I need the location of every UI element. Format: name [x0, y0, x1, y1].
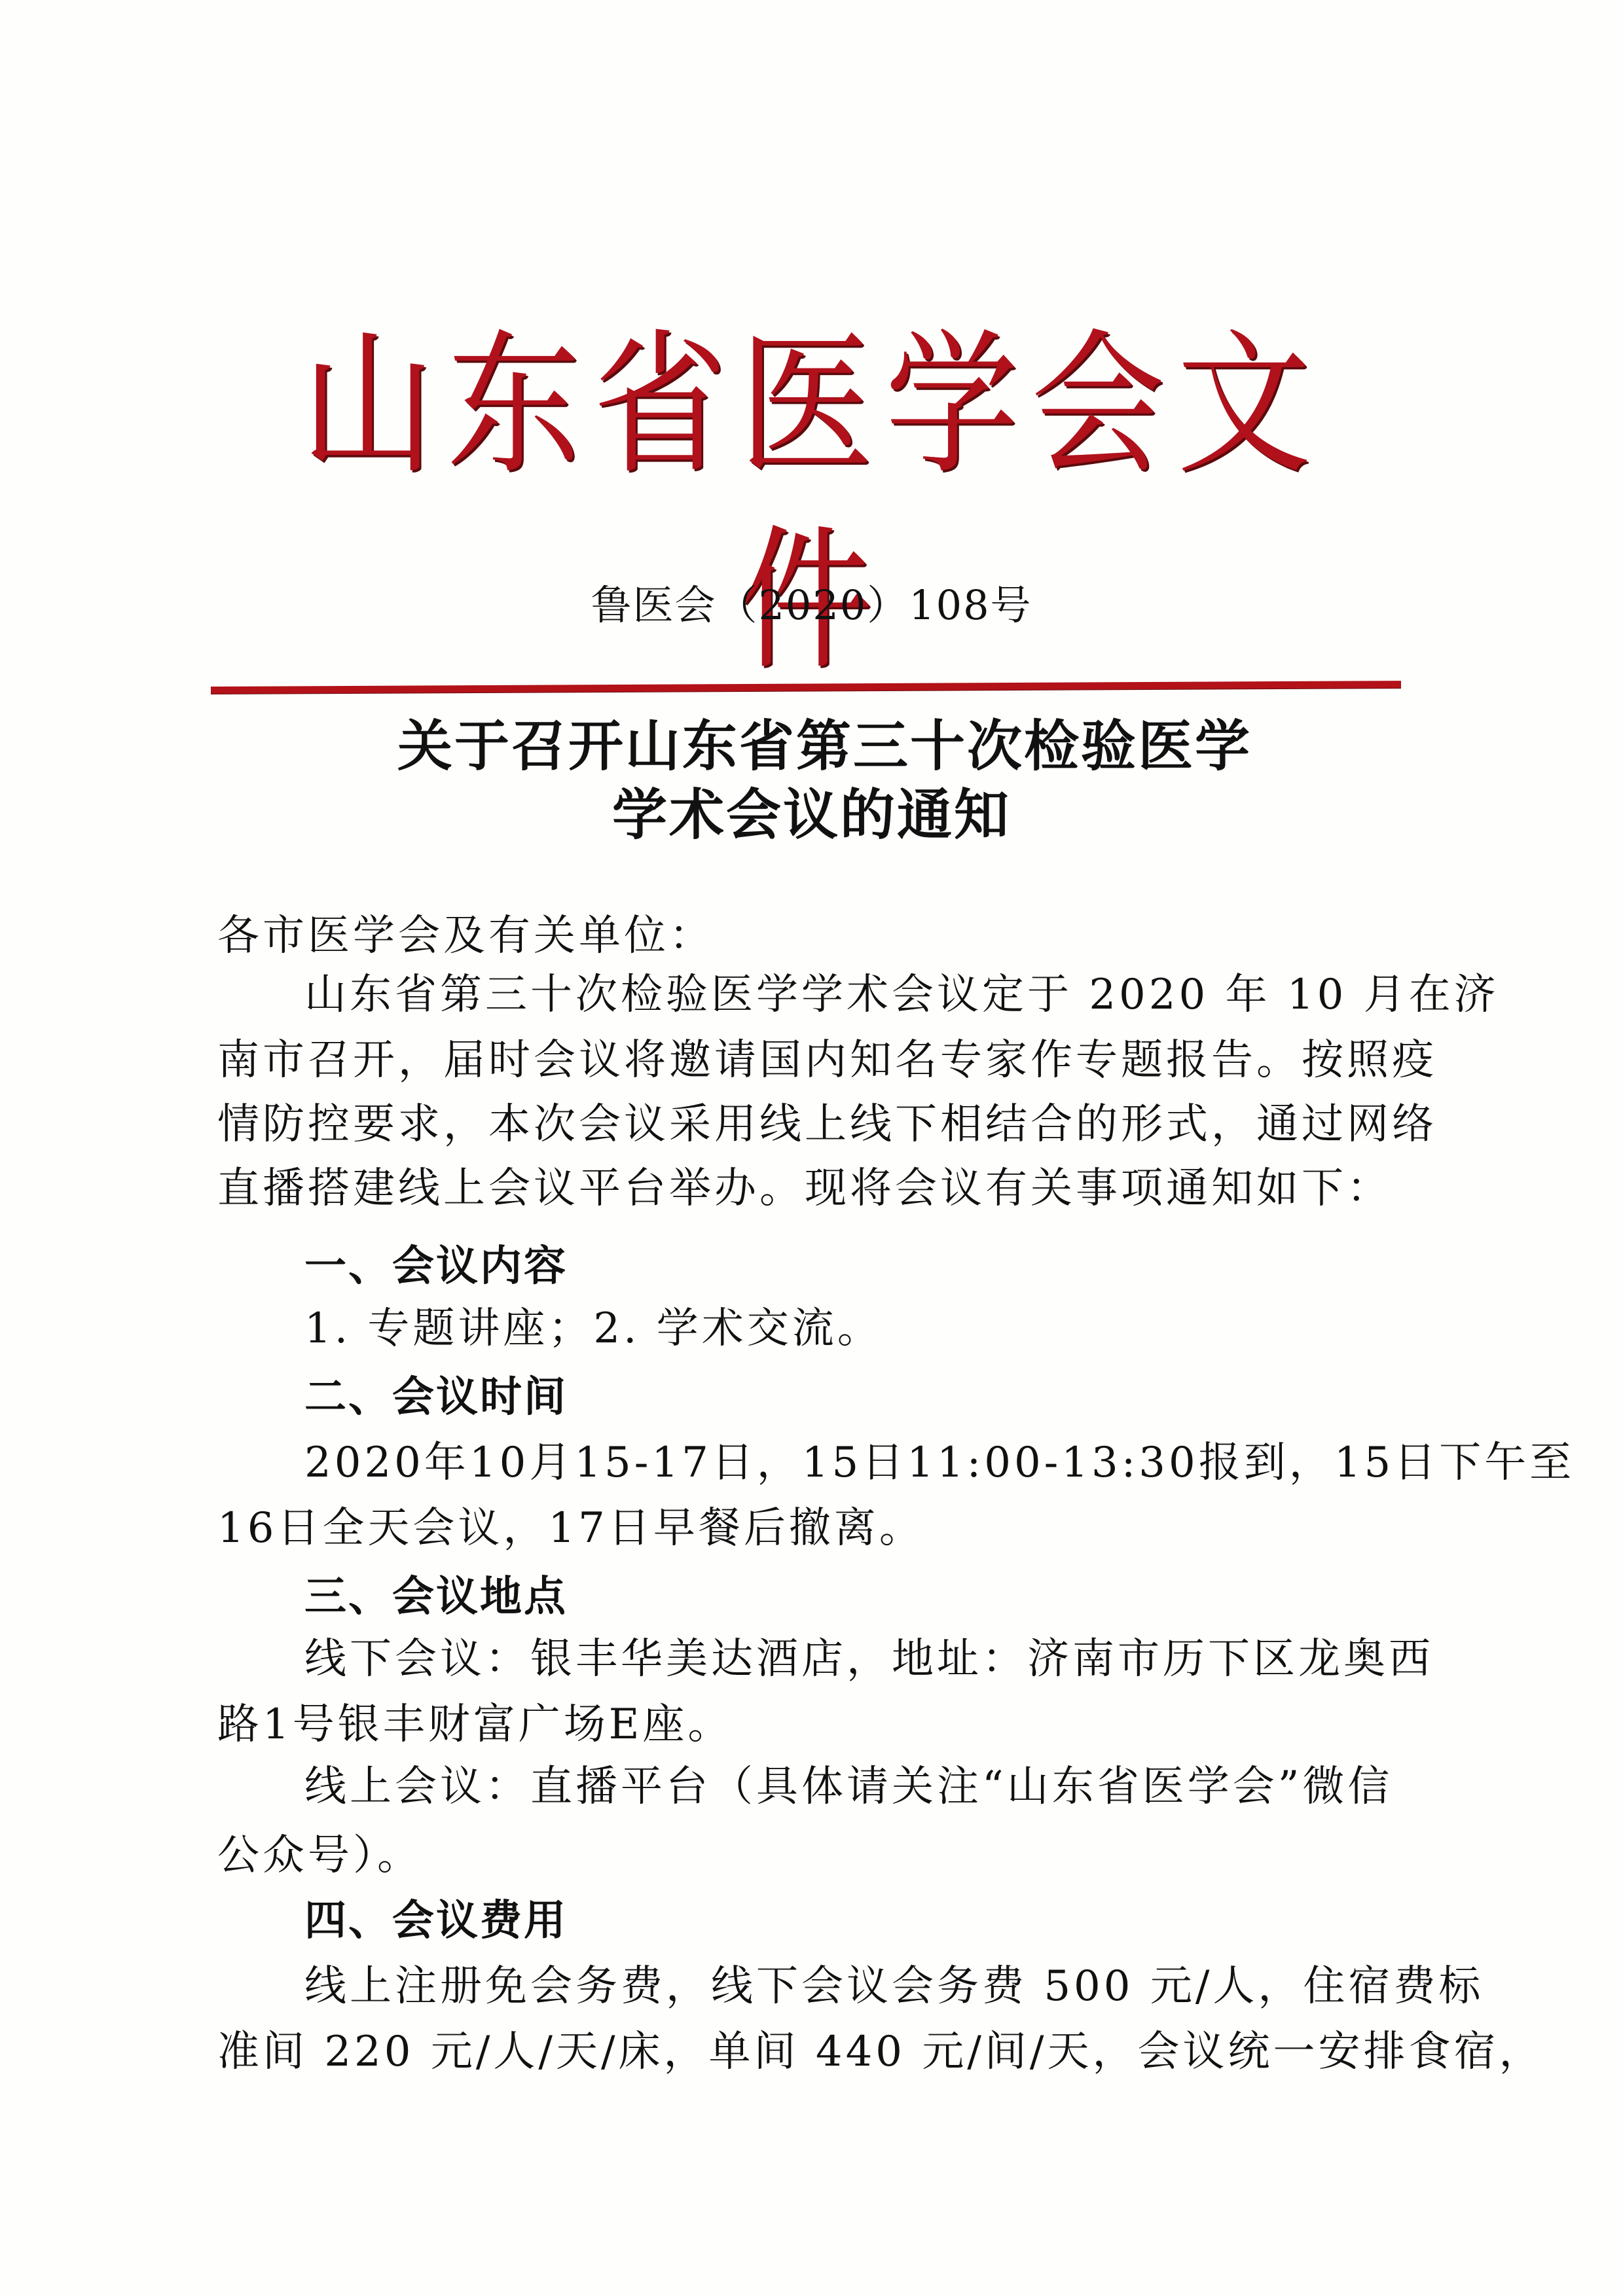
intro-line: 直播搭建线上会议平台举办。现将会议有关事项通知如下： — [217, 1162, 1392, 1215]
section-line: 路1号银丰财富广场E座。 — [217, 1698, 733, 1751]
document-number: 鲁医会（2020）108号 — [0, 579, 1623, 632]
section-line: 1. 专题讲座；2. 学术交流。 — [304, 1302, 883, 1355]
intro-line: 情防控要求，本次会议采用线上线下相结合的形式，通过网络 — [217, 1098, 1437, 1151]
notice-title-line-2: 学术会议的通知 — [0, 782, 1623, 848]
section-line: 线上注册免会务费，线下会议会务费 500 元/人，住宿费标 — [304, 1960, 1484, 2013]
salutation: 各市医学会及有关单位： — [217, 910, 714, 962]
notice-title-line-1: 关于召开山东省第三十次检验医学 — [13, 713, 1623, 779]
section-line: 16日全天会议，17日早餐后撤离。 — [217, 1502, 924, 1554]
section-line: 线下会议：银丰华美达酒店，地址：济南市历下区龙奥西 — [304, 1633, 1434, 1685]
section-line: 公众号）。 — [217, 1829, 422, 1882]
intro-line: 山东省第三十次检验医学学术会议定于 2020 年 10 月在济 — [304, 969, 1499, 1021]
section-line: 2020年10月15-17日，15日11:00-13:30报到，15日下午至 — [304, 1437, 1575, 1489]
section-line: 线上会议：直播平台（具体请关注“山东省医学会”微信 — [304, 1761, 1393, 1813]
section-heading-fees: 四、会议费用 — [304, 1895, 568, 1947]
section-heading-location: 三、会议地点 — [304, 1571, 568, 1623]
section-heading-time: 二、会议时间 — [304, 1371, 568, 1424]
intro-line: 南市召开，届时会议将邀请国内知名专家作专题报告。按照疫 — [217, 1034, 1437, 1086]
document-page: 山东省医学会文件 鲁医会（2020）108号 关于召开山东省第三十次检验医学 学… — [0, 0, 1623, 2296]
section-line: 准间 220 元/人/天/床，单间 440 元/间/天，会议统一安排食宿， — [217, 2026, 1544, 2078]
red-letterhead: 山东省医学会文件 — [262, 308, 1362, 699]
section-heading-content: 一、会议内容 — [304, 1240, 568, 1293]
